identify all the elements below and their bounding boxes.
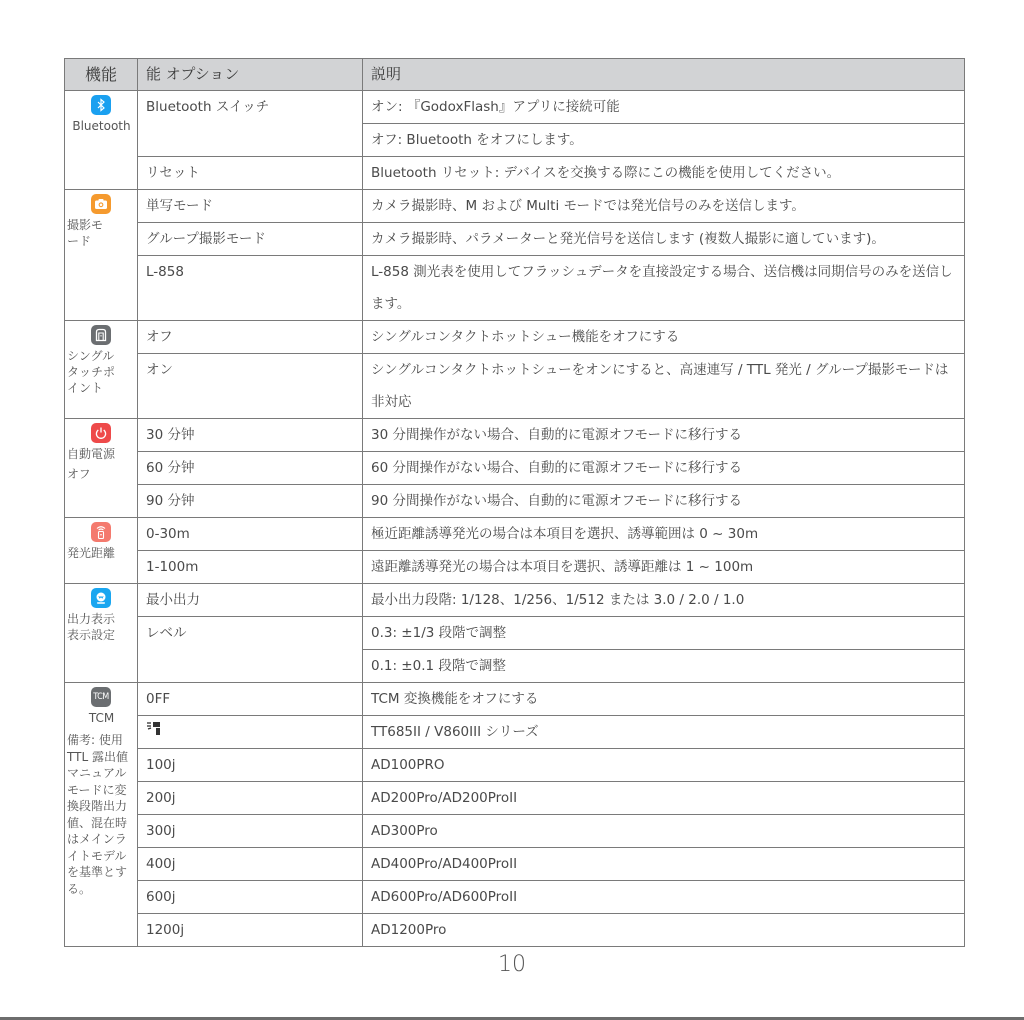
table-row: グループ撮影モード カメラ撮影時、パラメーターと発光信号を送信します (複数人撮…: [65, 223, 965, 256]
description-cell: 0.3: ±1/3 段階で調整: [363, 617, 965, 650]
feature-label: オフ: [66, 466, 136, 482]
description-cell: 60 分間操作がない場合、自動的に電源オフモードに移行する: [363, 452, 965, 485]
description-cell: L-858 測光表を使用してフラッシュデータを直接設定する場合、送信機は同期信号…: [363, 256, 965, 321]
hotshoe-icon: [91, 325, 111, 345]
option-cell: L-858: [138, 256, 363, 321]
description-cell: AD100PRO: [363, 749, 965, 782]
description-cell: AD400Pro/AD400ProII: [363, 848, 965, 881]
speedlite-icon: [146, 716, 164, 748]
table-row: リセット Bluetooth リセット: デバイスを交換する際にこの機能を使用し…: [65, 157, 965, 190]
power-icon: [91, 423, 111, 443]
table-row: 1-100m 遠距離誘導発光の場合は本項目を選択、誘導距離は 1 ~ 100m: [65, 551, 965, 584]
feature-label: イント: [66, 380, 136, 396]
header-feature: 機能: [65, 59, 138, 91]
feature-label: TCM: [66, 710, 136, 726]
table-header-row: 機能 能 オプション 説明: [65, 59, 965, 91]
option-cell: 300j: [138, 815, 363, 848]
table-row: L-858 L-858 測光表を使用してフラッシュデータを直接設定する場合、送信…: [65, 256, 965, 321]
table-row: 300j AD300Pro: [65, 815, 965, 848]
camera-icon: [91, 194, 111, 214]
feature-label: 発光距離: [66, 545, 136, 561]
feature-label: 出力表示: [66, 611, 136, 627]
table-row: 200j AD200Pro/AD200ProII: [65, 782, 965, 815]
description-cell: AD300Pro: [363, 815, 965, 848]
option-cell: 1-100m: [138, 551, 363, 584]
description-cell: AD1200Pro: [363, 914, 965, 947]
feature-shooting-mode: 撮影モ ード: [65, 190, 138, 321]
description-cell: 30 分間操作がない場合、自動的に電源オフモードに移行する: [363, 419, 965, 452]
table-row: 出力表示 表示設定 最小出力 最小出力段階: 1/128、1/256、1/512…: [65, 584, 965, 617]
option-cell: 30 分钟: [138, 419, 363, 452]
feature-label: 表示設定: [66, 627, 136, 643]
table-row: 自動電源 オフ 30 分钟 30 分間操作がない場合、自動的に電源オフモードに移…: [65, 419, 965, 452]
table-row: 60 分钟 60 分間操作がない場合、自動的に電源オフモードに移行する: [65, 452, 965, 485]
description-cell: カメラ撮影時、パラメーターと発光信号を送信します (複数人撮影に適しています)。: [363, 223, 965, 256]
table-row: オン シングルコンタクトホットシューをオンにすると、高速連写 / TTL 発光 …: [65, 354, 965, 419]
description-cell: シングルコンタクトホットシューをオンにすると、高速連写 / TTL 発光 / グ…: [363, 354, 965, 419]
feature-label: 自動電源: [66, 446, 136, 462]
table-row: 400j AD400Pro/AD400ProII: [65, 848, 965, 881]
option-cell: 単写モード: [138, 190, 363, 223]
feature-label: 撮影モ: [66, 217, 136, 233]
description-cell: TT685II / V860III シリーズ: [363, 716, 965, 749]
feature-label: タッチポ: [66, 364, 136, 380]
option-cell: レベル: [138, 617, 363, 683]
description-cell: TCM 変換機能をオフにする: [363, 683, 965, 716]
description-cell: シングルコンタクトホットシュー機能をオフにする: [363, 321, 965, 354]
description-cell: 極近距離誘導発光の場合は本項目を選択、誘導範囲は 0 ~ 30m: [363, 518, 965, 551]
function-spec-table: 機能 能 オプション 説明 Bluetooth Bluetooth スイッチ オ…: [64, 58, 965, 947]
description-cell: 90 分間操作がない場合、自動的に電源オフモードに移行する: [363, 485, 965, 518]
option-cell: 1200j: [138, 914, 363, 947]
table-row: レベル 0.3: ±1/3 段階で調整: [65, 617, 965, 650]
option-cell: [138, 716, 363, 749]
feature-bluetooth: Bluetooth: [65, 91, 138, 190]
remote-distance-icon: [91, 522, 111, 542]
option-cell: 100j: [138, 749, 363, 782]
feature-label: シングル: [66, 348, 136, 364]
description-cell: Bluetooth リセット: デバイスを交換する際にこの機能を使用してください…: [363, 157, 965, 190]
description-cell: オフ: Bluetooth をオフにします。: [363, 124, 965, 157]
table-row: TCM TCM 備考: 使用 TTL 露出値 マニュアル モードに変 換段階出力…: [65, 683, 965, 716]
description-cell: カメラ撮影時、M および Multi モードでは発光信号のみを送信します。: [363, 190, 965, 223]
header-description: 説明: [363, 59, 965, 91]
option-cell: 200j: [138, 782, 363, 815]
description-cell: AD600Pro/AD600ProII: [363, 881, 965, 914]
tcm-icon: TCM: [91, 687, 111, 707]
table-row: シングル タッチポ イント オフ シングルコンタクトホットシュー機能をオフにする: [65, 321, 965, 354]
output-display-icon: [91, 588, 111, 608]
option-cell: 0-30m: [138, 518, 363, 551]
feature-label: ード: [66, 233, 136, 249]
option-cell: 最小出力: [138, 584, 363, 617]
option-cell: 90 分钟: [138, 485, 363, 518]
feature-single-touch: シングル タッチポ イント: [65, 321, 138, 419]
option-cell: オン: [138, 354, 363, 419]
table-row: 発光距離 0-30m 極近距離誘導発光の場合は本項目を選択、誘導範囲は 0 ~ …: [65, 518, 965, 551]
table-row: Bluetooth Bluetooth スイッチ オン: 『GodoxFlash…: [65, 91, 965, 124]
description-cell: 最小出力段階: 1/128、1/256、1/512 または 3.0 / 2.0 …: [363, 584, 965, 617]
bluetooth-icon: [91, 95, 111, 115]
feature-auto-power-off: 自動電源 オフ: [65, 419, 138, 518]
option-cell: 600j: [138, 881, 363, 914]
option-cell: リセット: [138, 157, 363, 190]
description-cell: 0.1: ±0.1 段階で調整: [363, 650, 965, 683]
table-row: 100j AD100PRO: [65, 749, 965, 782]
table-row: 1200j AD1200Pro: [65, 914, 965, 947]
option-cell: 400j: [138, 848, 363, 881]
feature-label: Bluetooth: [66, 118, 136, 134]
option-cell: Bluetooth スイッチ: [138, 91, 363, 157]
feature-tcm: TCM TCM 備考: 使用 TTL 露出値 マニュアル モードに変 換段階出力…: [65, 683, 138, 947]
description-cell: 遠距離誘導発光の場合は本項目を選択、誘導距離は 1 ~ 100m: [363, 551, 965, 584]
table-row: TT685II / V860III シリーズ: [65, 716, 965, 749]
option-cell: グループ撮影モード: [138, 223, 363, 256]
table-row: 撮影モ ード 単写モード カメラ撮影時、M および Multi モードでは発光信…: [65, 190, 965, 223]
header-option: 能 オプション: [138, 59, 363, 91]
option-cell: 60 分钟: [138, 452, 363, 485]
description-cell: オン: 『GodoxFlash』アプリに接続可能: [363, 91, 965, 124]
feature-flash-distance: 発光距離: [65, 518, 138, 584]
table-row: 90 分钟 90 分間操作がない場合、自動的に電源オフモードに移行する: [65, 485, 965, 518]
tcm-note: 備考: 使用 TTL 露出値 マニュアル モードに変 換段階出力 値、混在時 は…: [66, 732, 136, 897]
description-cell: AD200Pro/AD200ProII: [363, 782, 965, 815]
page-number: 10: [0, 952, 1024, 977]
feature-output-display: 出力表示 表示設定: [65, 584, 138, 683]
table-row: 600j AD600Pro/AD600ProII: [65, 881, 965, 914]
option-cell: 0FF: [138, 683, 363, 716]
option-cell: オフ: [138, 321, 363, 354]
